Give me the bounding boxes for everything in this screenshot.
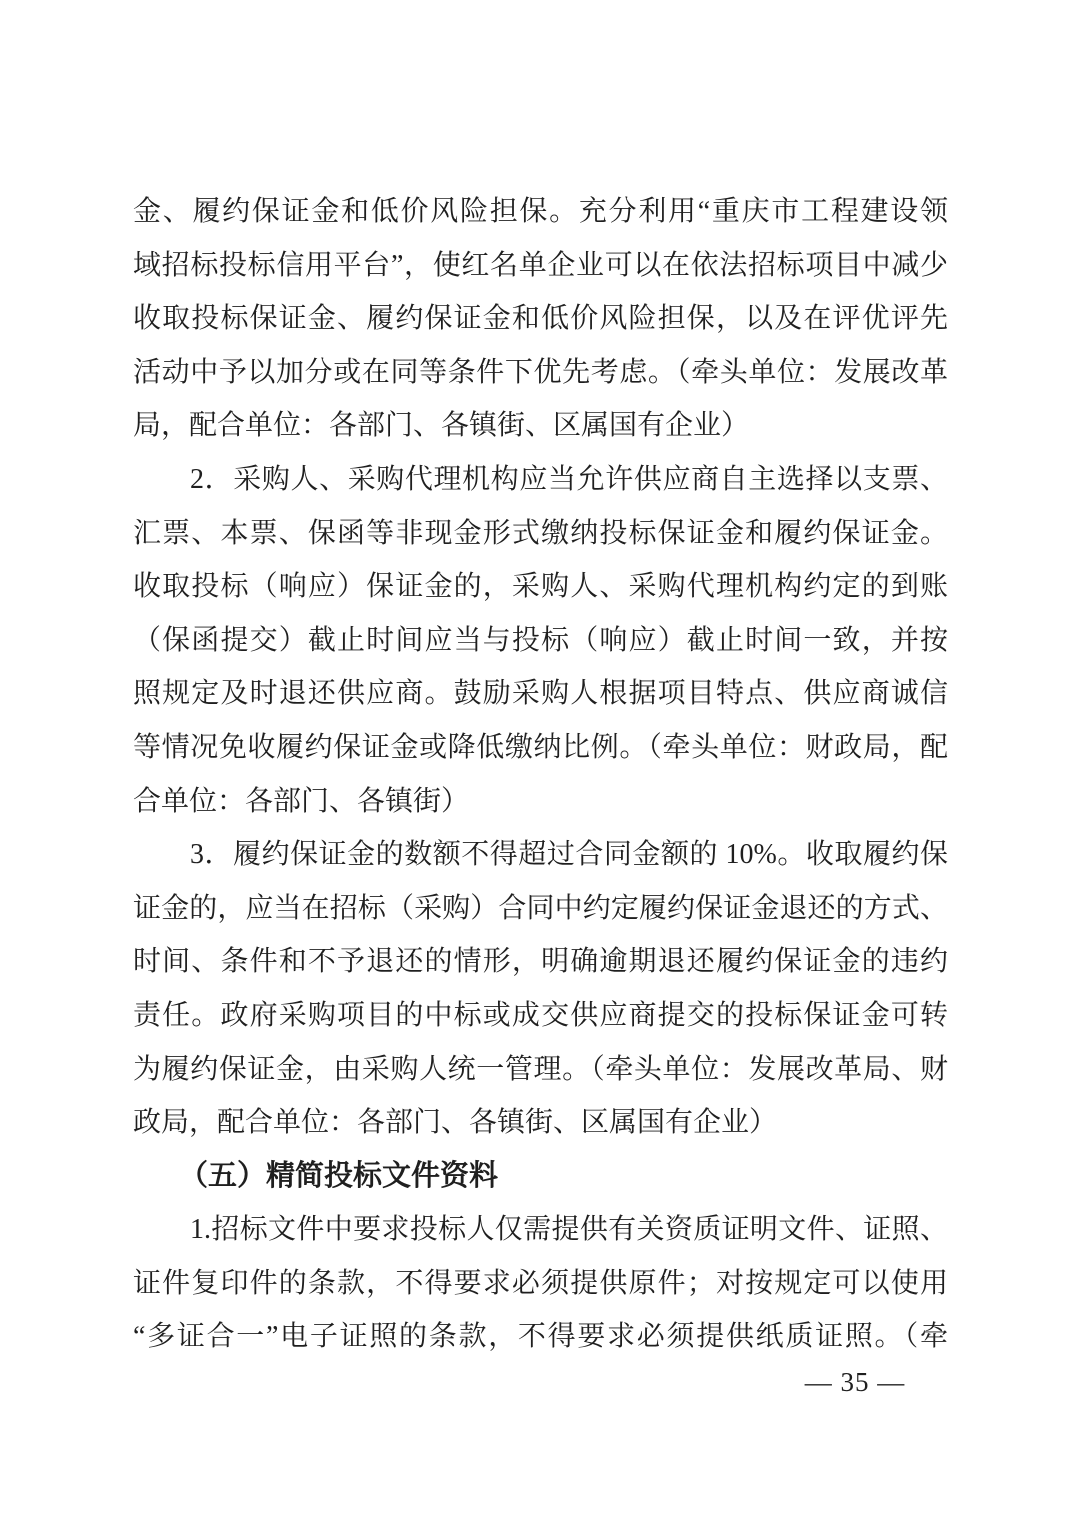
text-line: 为履约保证金，由采购人统一管理。（牵头单位：发展改革局、财 [133,1043,948,1097]
text-line: 照规定及时退还供应商。鼓励采购人根据项目特点、供应商诚信 [133,667,948,721]
text-line: 局，配合单位：各部门、各镇街、区属国有企业） [133,399,948,453]
text-line: 时间、条件和不予退还的情形，明确逾期退还履约保证金的违约 [133,935,948,989]
text-line: 等情况免收履约保证金或降低缴纳比例。（牵头单位：财政局，配 [133,721,948,775]
document-body: 金、履约保证金和低价风险担保。充分利用“重庆市工程建设领 域招标投标信用平台”，… [133,185,948,1364]
text-line: 汇票、本票、保函等非现金形式缴纳投标保证金和履约保证金。 [133,507,948,561]
text-line: 责任。政府采购项目的中标或成交供应商提交的投标保证金可转 [133,989,948,1043]
page-number: — 35 — [788,1362,922,1402]
text-line: 证金的，应当在招标（采购）合同中约定履约保证金退还的方式、 [133,882,948,936]
text-line: （保函提交）截止时间应当与投标（响应）截止时间一致，并按 [133,614,948,668]
text-line: 政局，配合单位：各部门、各镇街、区属国有企业） [133,1096,948,1150]
section-heading: （五）精简投标文件资料 [133,1150,948,1204]
text-line: “多证合一”电子证照的条款，不得要求必须提供纸质证照。（牵 [133,1310,948,1364]
text-line: 收取投标（响应）保证金的，采购人、采购代理机构约定的到账 [133,560,948,614]
document-page: 金、履约保证金和低价风险担保。充分利用“重庆市工程建设领 域招标投标信用平台”，… [0,0,1074,1520]
text-line: 收取投标保证金、履约保证金和低价风险担保，以及在评优评先 [133,292,948,346]
text-line: 域招标投标信用平台”，使红名单企业可以在依法招标项目中减少 [133,239,948,293]
text-line: 3．履约保证金的数额不得超过合同金额的 10%。收取履约保 [133,828,948,882]
text-line: 1.招标文件中要求投标人仅需提供有关资质证明文件、证照、 [133,1203,948,1257]
text-line: 合单位：各部门、各镇街） [133,775,948,829]
text-line: 证件复印件的条款，不得要求必须提供原件；对按规定可以使用 [133,1257,948,1311]
text-line: 金、履约保证金和低价风险担保。充分利用“重庆市工程建设领 [133,185,948,239]
text-line: 活动中予以加分或在同等条件下优先考虑。（牵头单位：发展改革 [133,346,948,400]
text-line: 2．采购人、采购代理机构应当允许供应商自主选择以支票、 [133,453,948,507]
